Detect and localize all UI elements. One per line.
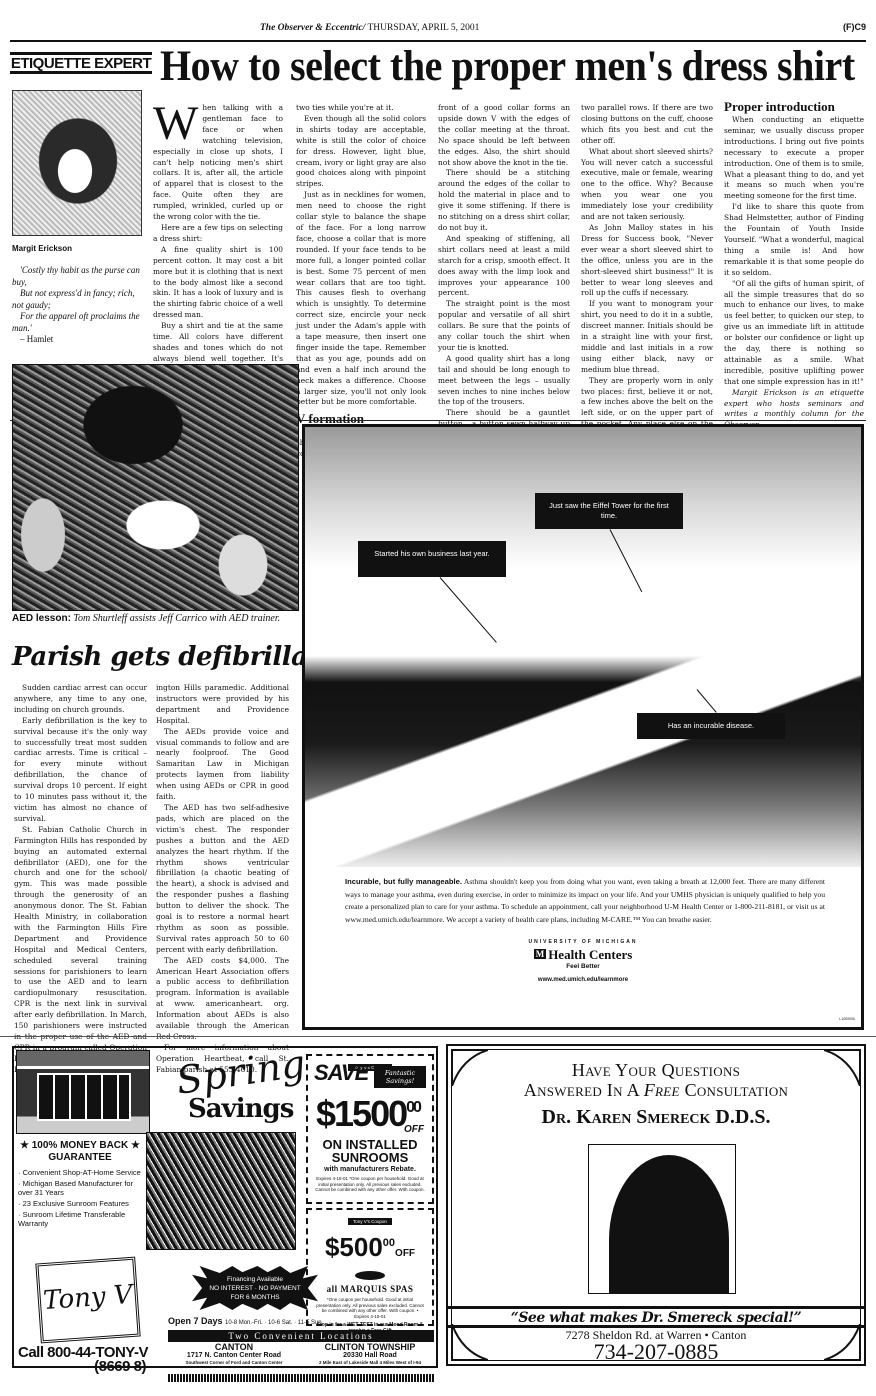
marquis-logo-icon — [355, 1271, 385, 1280]
masthead-title: The Observer & Eccentric/ THURSDAY, APRI… — [260, 23, 479, 33]
masthead: The Observer & Eccentric/ THURSDAY, APRI… — [0, 18, 876, 40]
tony-v-sunroom-advertisement: Spring Savings ★ 100% MONEY BACK ★ GUARA… — [12, 1046, 438, 1368]
article-headline: How to select the proper men's dress shi… — [160, 42, 855, 92]
callout-disease: Has an incurable disease. — [637, 713, 785, 739]
article-column-2: two ties while you're at it. Even though… — [296, 103, 426, 460]
tony-v-logo: Tony V — [35, 1257, 140, 1344]
spa-coupon: Tony V's Coupon $50000OFF all MARQUIS SP… — [306, 1208, 434, 1326]
umhs-logo: MHealth Centers — [305, 947, 861, 963]
location-clinton-township: CLINTON TOWNSHIP 20330 Hall Road 2 Mile … — [304, 1342, 436, 1366]
doctor-photo — [588, 1144, 736, 1294]
photo-caption: AED lesson: Tom Shurtleff assists Jeff C… — [12, 613, 299, 625]
ad-body-copy: Incurable, but fully manageable. Asthma … — [345, 876, 825, 926]
parish-column-2: ington Hills paramedic. Additional instr… — [156, 683, 289, 1076]
article-column-4: two parallel rows. If there are two clos… — [581, 103, 713, 441]
ad-url[interactable]: www.med.umich.edu/learnmore — [305, 977, 861, 983]
divider — [0, 1036, 876, 1037]
subhead-proper-introduction: Proper introduction — [724, 100, 864, 114]
starburst-badge: Fantastic Savings! — [374, 1066, 426, 1088]
block-m-icon: M — [534, 949, 547, 959]
ad-tagline: “See what makes Dr. Smereck special!” — [448, 1306, 864, 1328]
pull-quote: 'Costly thy habit as the purse can buy, … — [12, 265, 142, 346]
article-column-3: front of a good collar forms an upside d… — [438, 103, 570, 463]
phone-number: 734-207-0885 — [448, 1340, 864, 1364]
guarantee-box: ★ 100% MONEY BACK ★ GUARANTEE Convenient… — [18, 1140, 142, 1230]
financing-starburst: Financing Available NO INTEREST · NO PAY… — [192, 1266, 318, 1310]
parish-column-1: Sudden cardiac arrest can occur anywhere… — [14, 683, 147, 1076]
spring-savings-headline: Spring Savings — [154, 1050, 294, 1130]
photo-caption: Margit Erickson — [12, 244, 72, 253]
page-number: (F)C9 — [843, 22, 866, 32]
aed-training-photo — [12, 364, 299, 611]
article-column-1: W hen talking with a gentleman face to f… — [153, 103, 283, 408]
location-canton: CANTON 1717 N. Canton Center Road Southw… — [168, 1342, 300, 1366]
article-headline: Parish gets defibrillator — [12, 640, 349, 674]
smereck-dds-advertisement: Have Your Questions Answered In A Free C… — [446, 1044, 866, 1366]
callout-business: Started his own business last year. — [358, 541, 506, 577]
doctor-name: Dr. Karen Smereck D.D.S. — [448, 1106, 864, 1129]
sunroom-photo — [16, 1050, 150, 1134]
drop-cap: W — [153, 105, 198, 143]
store-hours: Open 7 Days 10-8 Mon.-Fri. · 10-6 Sat. ·… — [168, 1316, 323, 1326]
locations-banner: Two Convenient Locations — [168, 1330, 434, 1342]
university-label: UNIVERSITY OF MICHIGAN — [305, 939, 861, 945]
callout-eiffel: Just saw the Eiffel Tower for the first … — [535, 493, 683, 529]
ad-headline: Have Your Questions Answered In A Free C… — [448, 1060, 864, 1100]
umhs-advertisement: Just saw the Eiffel Tower for the first … — [302, 424, 864, 1030]
fine-print-bar — [168, 1374, 434, 1382]
sunroom-coupon: Tony V's Coupon SAVE Fantastic Savings! … — [306, 1054, 434, 1204]
article-column-5: Proper introduction When conducting an e… — [724, 100, 864, 431]
phone-number: Call 800-44-TONY-V (8669 8) — [18, 1346, 148, 1374]
section-tag: ETIQUETTE EXPERT — [10, 52, 152, 74]
author-photo — [12, 90, 142, 236]
sunroom-interior-photo — [146, 1132, 296, 1250]
logo-tagline: Feel Better — [305, 963, 861, 970]
ad-code: L1000000 — [839, 1017, 855, 1021]
